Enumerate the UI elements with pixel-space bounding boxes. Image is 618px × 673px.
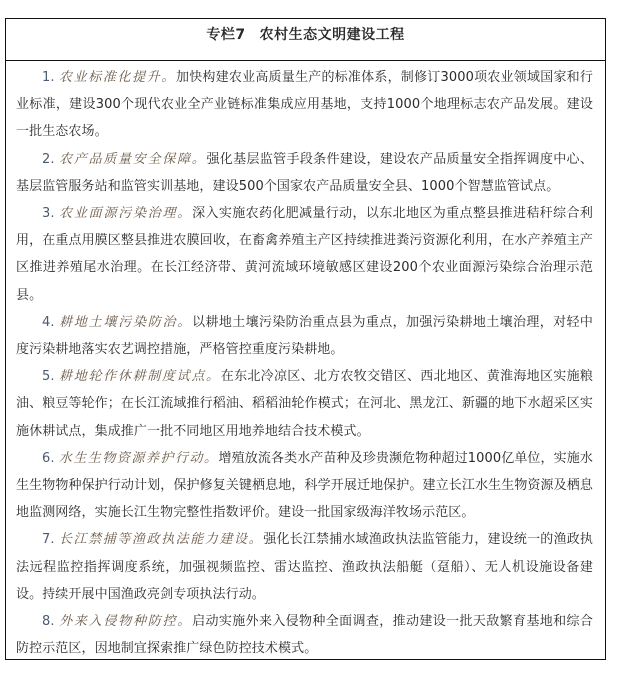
item-heading: 耕地轮作休耕制度试点。 bbox=[59, 369, 221, 384]
box-title: 专栏7农村生态文明建设工程 bbox=[206, 24, 404, 44]
item-number: 6. bbox=[42, 451, 55, 466]
item-number: 7. bbox=[42, 532, 55, 547]
item-number: 5. bbox=[42, 369, 55, 384]
list-item-4: 4. 耕地土壤污染防治。以耕地土壤污染防治重点县为重点，加强污染耕地土壤治理，对… bbox=[16, 309, 593, 363]
item-heading: 外来入侵物种防控。 bbox=[59, 614, 192, 629]
item-heading: 农业标准化提升。 bbox=[59, 70, 176, 85]
list-item-5: 5. 耕地轮作休耕制度试点。在东北冷凉区、北方农牧交错区、西北地区、黄淮海地区实… bbox=[16, 363, 593, 445]
item-number: 8. bbox=[42, 614, 55, 629]
item-number: 3. bbox=[42, 206, 55, 221]
item-number: 1. bbox=[42, 70, 55, 85]
item-heading: 农产品质量安全保障。 bbox=[59, 152, 206, 167]
column-label: 专栏7 bbox=[206, 27, 245, 43]
list-item-8: 8. 外来入侵物种防控。启动实施外来入侵物种全面调查，推动建设一批天敌繁育基地和… bbox=[16, 608, 593, 662]
special-column-box: 专栏7农村生态文明建设工程 1. 农业标准化提升。加快构建农业高质量生产的标准体… bbox=[5, 18, 606, 660]
box-header: 专栏7农村生态文明建设工程 bbox=[6, 19, 605, 61]
list-item-1: 1. 农业标准化提升。加快构建农业高质量生产的标准体系，制修订3000项农业领域… bbox=[16, 64, 593, 146]
item-heading: 长江禁捕等渔政执法能力建设。 bbox=[59, 532, 263, 547]
box-content: 1. 农业标准化提升。加快构建农业高质量生产的标准体系，制修订3000项农业领域… bbox=[6, 61, 605, 662]
item-heading: 耕地土壤污染防治。 bbox=[59, 315, 192, 330]
list-item-6: 6. 水生生物资源养护行动。增殖放流各类水产苗种及珍贵濒危物种超过1000亿单位… bbox=[16, 445, 593, 527]
item-heading: 农业面源污染治理。 bbox=[59, 206, 192, 221]
item-number: 2. bbox=[42, 152, 55, 167]
item-number: 4. bbox=[42, 315, 55, 330]
list-item-7: 7. 长江禁捕等渔政执法能力建设。强化长江禁捕水域渔政执法监管能力，建设统一的渔… bbox=[16, 526, 593, 608]
list-item-2: 2. 农产品质量安全保障。强化基层监管手段条件建设，建设农产品质量安全指挥调度中… bbox=[16, 146, 593, 200]
item-heading: 水生生物资源养护行动。 bbox=[59, 451, 219, 466]
column-title: 农村生态文明建设工程 bbox=[260, 27, 405, 43]
list-item-3: 3. 农业面源污染治理。深入实施农药化肥减量行动，以东北地区为重点整县推进秸秆综… bbox=[16, 200, 593, 309]
